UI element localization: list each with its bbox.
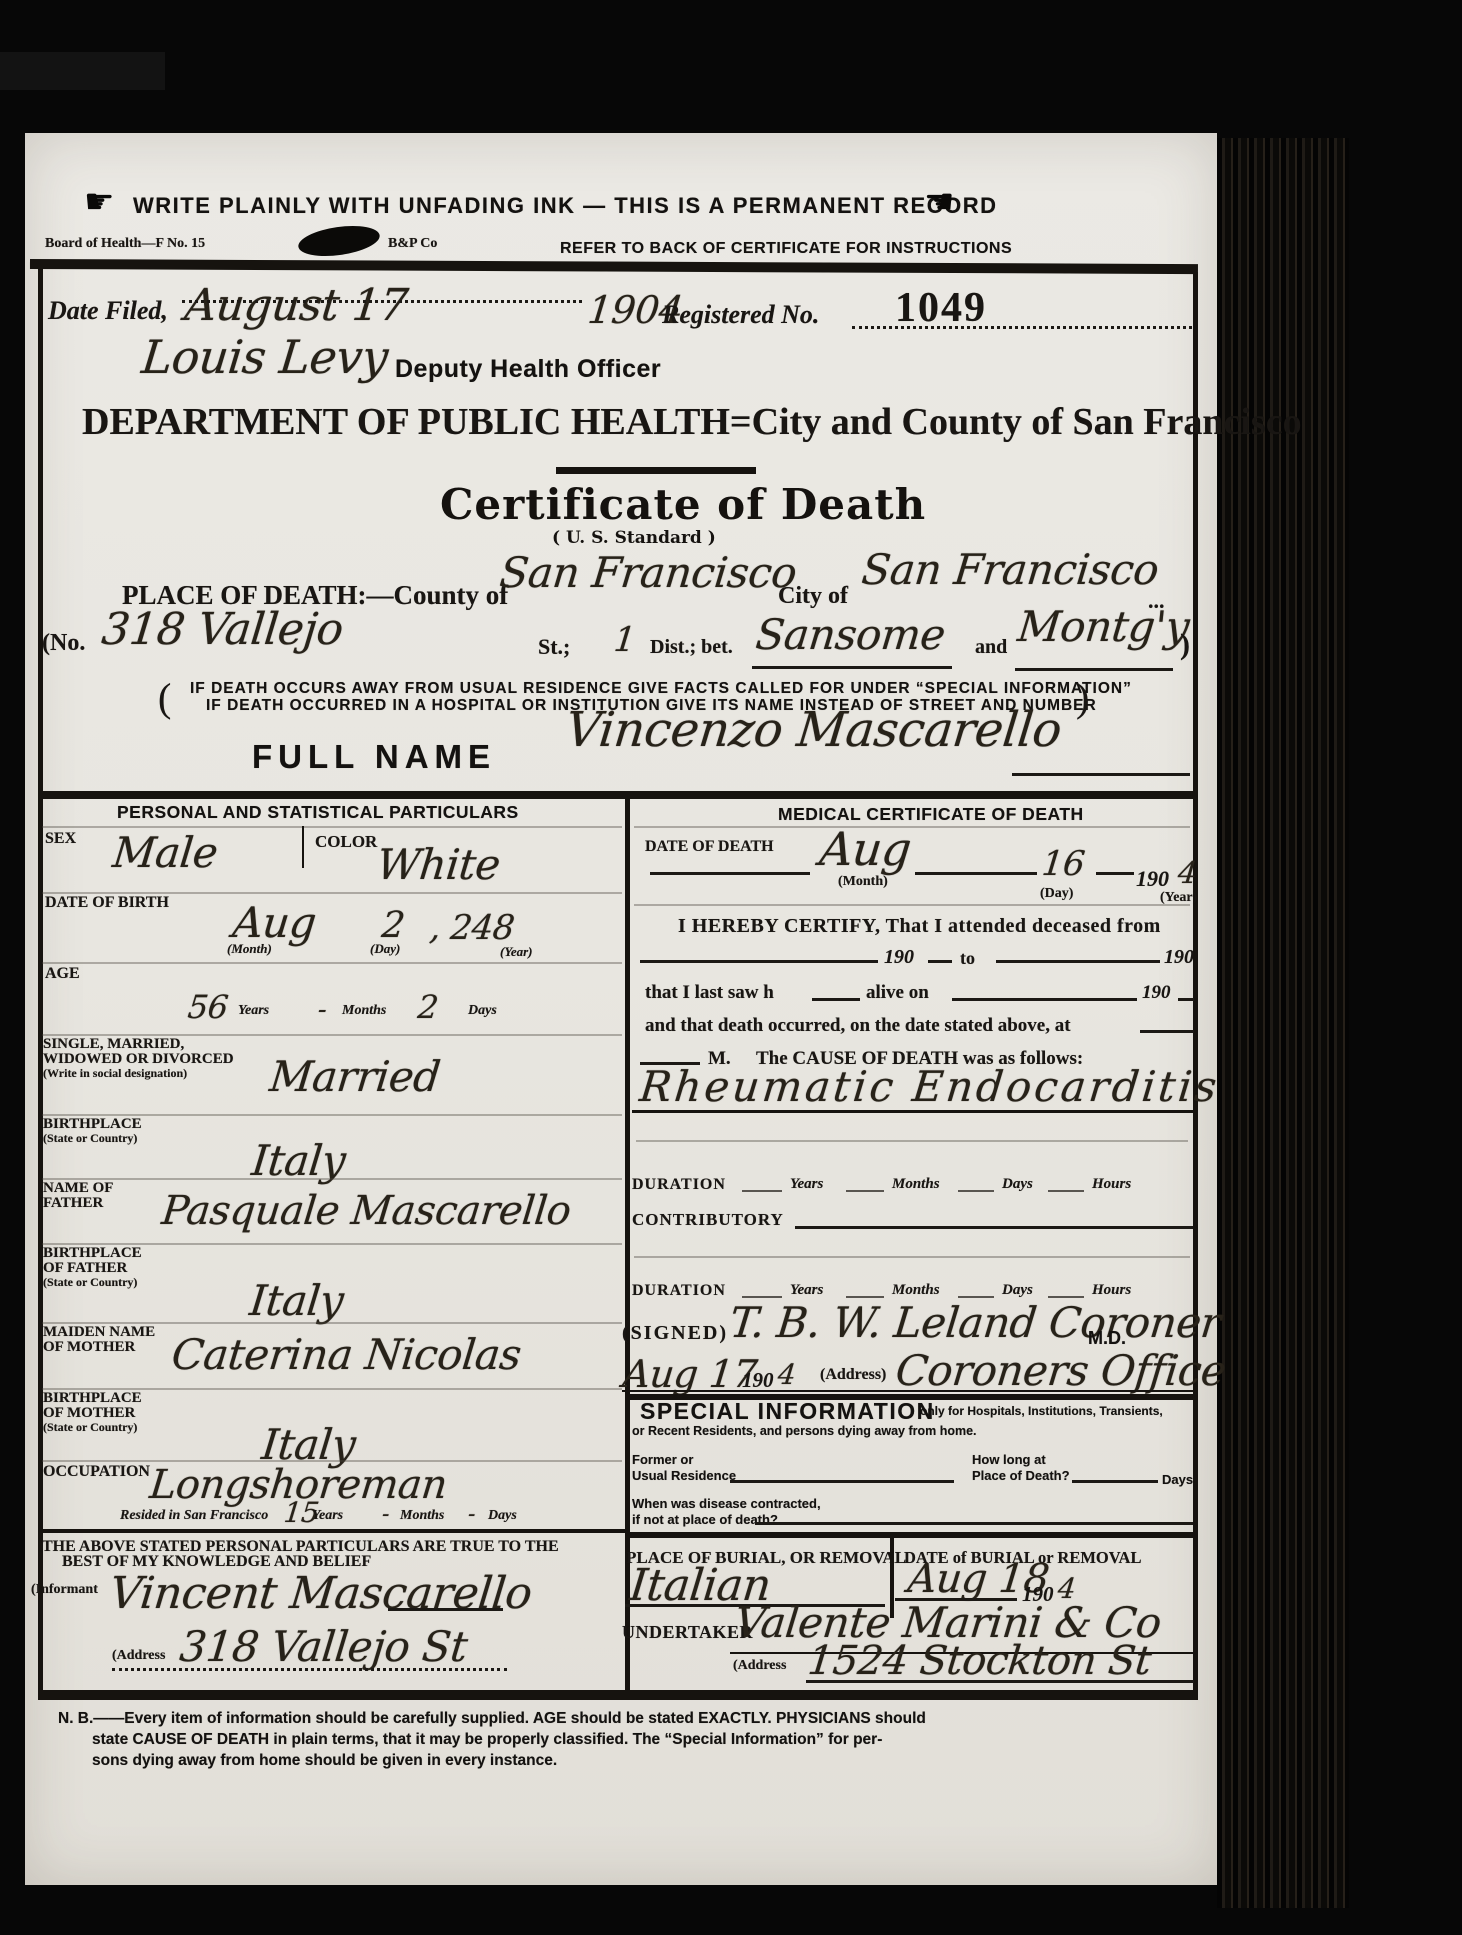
duration-months-2: Months [892,1282,940,1299]
age-label: AGE [45,965,80,983]
duration-line-a4 [1048,1190,1084,1192]
date-of-birth-label: DATE OF BIRTH [45,894,169,912]
signed-underline [622,1390,1194,1392]
informant-value: Vincent Mascarello [107,1568,534,1619]
officer-signature: Louis Levy [139,330,390,384]
signed-address-value: Coroners Office [893,1346,1228,1395]
city-of-label: City of [778,583,848,610]
informant-address-value: 318 Vallejo St [177,1622,469,1671]
month-unit-label: (Month) [227,941,272,957]
title-divider [556,467,756,474]
separator [634,1256,1190,1258]
cause-underline [632,1110,1194,1113]
special-info-sub2: or Recent Residents, and persons dying a… [632,1424,977,1438]
dod-year-print: 190 [1136,866,1169,892]
disease-contracted-line [755,1522,1193,1525]
last-saw-line-3 [1178,998,1194,1001]
form-number-text: Board of Health—F No. 15 [45,236,205,252]
form-printer-text: B&P Co [388,236,437,252]
pointing-hand-icon-right: ☚ [924,182,954,222]
resided-months-unit: Months [400,1508,444,1524]
former-residence-label-2: Usual Residence [632,1468,736,1483]
death-occurred-line [1140,1030,1194,1033]
contributory-label: CONTRIBUTORY [632,1210,784,1230]
days-unit-label: Days [468,1003,497,1019]
separator [42,1178,622,1180]
alive-on-text: alive on [866,982,929,1004]
resided-days-unit: Days [488,1508,517,1524]
full-name-label: FULL NAME [252,738,496,776]
duration-years-2: Years [790,1282,823,1299]
note-paren-close: ) [1076,674,1089,721]
scan-artifact [0,0,265,52]
mother-name-label-2: OF MOTHER [43,1339,135,1356]
years-unit-label: Years [238,1003,269,1019]
last-saw-text: that I last saw h [645,982,774,1004]
signed-year-hand: 4 [776,1358,797,1391]
certify-line-1 [640,960,878,963]
age-days-value: 2 [416,988,440,1026]
dob-day-value: 2 [380,905,407,946]
mother-name-value: Caterina Nicolas [169,1330,523,1379]
note-paren-open: ( [158,674,171,721]
special-info-sub1: only for Hospitals, Institutions, Transi… [920,1404,1163,1418]
age-years-value: 56 [186,988,230,1026]
duration-years-1: Years [790,1176,823,1193]
color-value: White [374,840,502,889]
registered-no-value: 1049 [895,284,987,332]
scan-artifact [0,52,165,90]
death-occurred-text: and that death occurred, on the date sta… [645,1015,1071,1037]
year-unit-label: (Year) [500,944,533,960]
father-birthplace-value: Italy [247,1276,345,1325]
full-name-line [1012,773,1190,776]
duration-label-1: DURATION [632,1176,726,1194]
father-birthplace-label-3: (State or Country) [43,1275,137,1290]
date-filed-value: August 17 [182,280,410,331]
mother-birthplace-label-3: (State or Country) [43,1420,137,1435]
how-long-line [1072,1480,1158,1483]
dod-line-1 [650,872,810,875]
separator [636,1140,1188,1142]
father-name-value: Pasquale Mascarello [160,1188,573,1234]
dob-month-value: Aug [230,898,318,947]
dod-month-unit: (Month) [838,874,888,890]
and-label: and [975,636,1007,659]
sex-value: Male [110,828,219,877]
signed-address-label: (Address) [820,1366,886,1384]
duration-label-2: DURATION [632,1282,726,1300]
special-bottom-rule [627,1532,1198,1538]
pointing-hand-icon-left: ☛ [84,182,114,222]
street-no-label: (No. [42,630,85,657]
former-residence-label-1: Former or [632,1452,693,1467]
informant-label: (Informant [31,1582,98,1598]
months-unit-label: Months [342,1003,386,1019]
dod-year-hand: 4 [1176,856,1198,891]
certificate-title: Certificate of Death [440,480,926,529]
last-saw-190: 190 [1142,982,1171,1004]
department-title: DEPARTMENT OF PUBLIC HEALTH=City and Cou… [82,400,1302,444]
banner-text: WRITE PLAINLY WITH UNFADING INK — THIS I… [133,193,998,219]
between-street-value: Sansome [753,610,947,659]
certify-to: to [960,948,975,969]
columns-top-rule [38,791,1198,799]
dod-line-2 [915,872,1037,875]
dod-day-value: 16 [1040,844,1086,884]
officer-title: Deputy Health Officer [395,355,661,384]
full-name-value: Vincenzo Mascarello [563,702,1064,758]
day-unit-label: (Day) [370,941,400,957]
district-label: Dist.; bet. [650,636,733,659]
date-filed-label: Date Filed, [48,296,168,326]
informant-line [388,1608,503,1611]
duration-days-2: Days [1002,1282,1033,1299]
how-long-label-2: Place of Death? [972,1468,1070,1483]
color-label: COLOR [315,832,377,852]
certify-190-b: 190 [1164,946,1194,969]
nb-note-line-1: N. B.——Every item of information should … [58,1710,926,1728]
personal-section-header: PERSONAL AND STATISTICAL PARTICULARS [117,802,519,823]
certify-line-3 [996,960,1160,963]
informant-address-label: (Address [112,1648,165,1664]
dod-month-value: Aug [817,822,913,876]
father-name-label-2: FATHER [43,1195,103,1212]
duration-line-a1 [742,1190,782,1192]
dod-line-3 [1096,872,1134,875]
nb-note-line-3: sons dying away from home should be give… [92,1752,557,1770]
former-residence-line [730,1480,954,1483]
st-label: St.; [538,634,570,660]
certify-text: I HEREBY CERTIFY, That I attended deceas… [678,915,1161,938]
cross-line [1015,668,1173,671]
marital-value: Married [267,1052,442,1101]
attest-divider [38,1529,627,1533]
city-value: San Francisco [859,545,1160,594]
district-value: 1 [612,620,637,660]
registered-no-label: Registered No. [662,300,819,330]
signed-label: (SIGNED) [622,1322,728,1345]
certificate-subtitle: ( U. S. Standard ) [552,528,716,548]
date-filed-line [182,300,582,303]
certify-line-2 [928,960,952,963]
duration-hours-1: Hours [1092,1176,1131,1193]
birthplace-label-2: (State or Country) [43,1131,137,1146]
resided-years-unit: Years [312,1508,343,1524]
duration-line-a3 [958,1190,994,1192]
form-left-border [38,268,43,1696]
how-long-days-label: Days [1162,1472,1193,1487]
refer-back-note: REFER TO BACK OF CERTIFICATE FOR INSTRUC… [560,240,1012,258]
disease-contracted-label-1: When was disease contracted, [632,1496,821,1511]
undertaker-address-label: (Address [733,1658,786,1674]
county-value: San Francisco [497,548,798,597]
residence-note-line1: IF DEATH OCCURS AWAY FROM USUAL RESIDENC… [190,680,1132,698]
separator [42,962,622,964]
certify-190-a: 190 [884,946,914,969]
occupation-label: OCCUPATION [43,1463,150,1481]
last-saw-line-2 [952,998,1137,1001]
informant-address-line [112,1668,507,1671]
special-info-title: SPECIAL INFORMATION [640,1398,935,1425]
nb-note-line-2: state CAUSE OF DEATH in plain terms, tha… [92,1731,882,1749]
resided-label: Resided in San Francisco [120,1508,268,1524]
separator [634,904,1190,906]
street-value: 318 Vallejo [99,604,345,655]
cause-of-death-value: Rheumatic Endocarditis [637,1062,1221,1111]
sex-color-tick [302,826,304,868]
coroner-signature: T. B. W. Leland Coroner [727,1298,1223,1347]
duration-hours-2: Hours [1092,1282,1131,1299]
form-right-border [1193,272,1198,1696]
form-bottom-rule [38,1690,1198,1700]
duration-line-a2 [846,1190,884,1192]
close-paren: ) [1180,628,1190,662]
duration-months-1: Months [892,1176,940,1193]
sex-label: SEX [45,830,76,848]
undertaker-address-line [806,1680,1194,1683]
scanned-death-certificate: ☛ WRITE PLAINLY WITH UNFADING INK — THIS… [0,0,1462,1935]
how-long-label-1: How long at [972,1452,1046,1467]
marital-label-3: (Write in social designation) [43,1066,187,1081]
between-line [752,666,952,669]
cross-street-value: Montg'y [1015,602,1191,651]
undertaker-address-value: 1524 Stockton St [806,1638,1154,1684]
date-of-death-label: DATE OF DEATH [645,838,774,856]
duration-days-1: Days [1002,1176,1033,1193]
dob-year-value: , 248 [428,908,516,948]
contributory-line [795,1226,1193,1229]
last-saw-line-1 [812,998,860,1001]
dod-day-unit: (Day) [1040,886,1073,902]
